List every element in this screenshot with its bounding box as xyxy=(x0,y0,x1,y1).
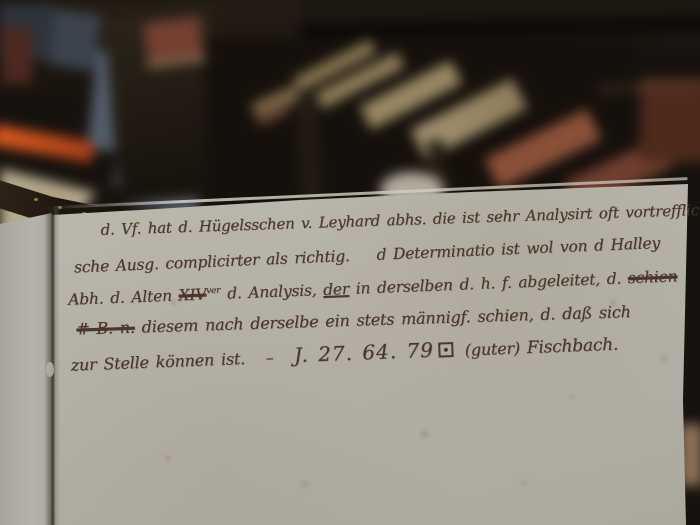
foxing-spot xyxy=(570,395,575,400)
line4-text: diesem nach derselbe ein stets männigf. … xyxy=(134,302,630,337)
photo-canvas: d. Vf. hat d. Hügelsschen v. Leyhard abh… xyxy=(0,0,700,525)
foxing-spot xyxy=(520,480,527,486)
line3-struck-word: schien xyxy=(627,267,677,287)
far-right-book-red xyxy=(640,78,700,162)
metal-shelf-bracket xyxy=(48,9,101,71)
line3-text: in derselben d. h. f. abgeleitet, d. xyxy=(349,269,629,298)
line5-signature: Fischbach. xyxy=(526,335,618,358)
line3-underlined-word: der xyxy=(323,280,350,299)
line5-text: (guter) xyxy=(458,338,528,360)
squared-dot-symbol xyxy=(439,342,455,358)
line3-text: Abh. d. Alten xyxy=(68,287,179,309)
orange-shelf-bar xyxy=(0,124,95,162)
line5-numbers: J. 27. 64. 79 xyxy=(294,338,435,367)
line3-superscript: ver xyxy=(206,286,220,297)
foxing-spot xyxy=(420,430,429,438)
gutter-notch xyxy=(46,362,54,377)
foxing-spot xyxy=(300,480,310,488)
line3-text: d. Analysis, xyxy=(220,281,323,303)
line4-struck-word: # B. n. xyxy=(76,318,135,339)
cover-wear-speck xyxy=(34,198,38,201)
handwritten-annotation: d. Vf. hat d. Hügelsschen v. Leyhard abh… xyxy=(60,191,700,386)
line3-struck-word: XIV xyxy=(178,285,206,304)
handwriting-line-2: sche Ausg. complicirter als richtig. d D… xyxy=(74,234,661,277)
line5-text: zur Stelle können ist. – xyxy=(70,347,294,375)
foxing-spot xyxy=(165,455,171,461)
blurred-book-red-small xyxy=(2,28,32,84)
